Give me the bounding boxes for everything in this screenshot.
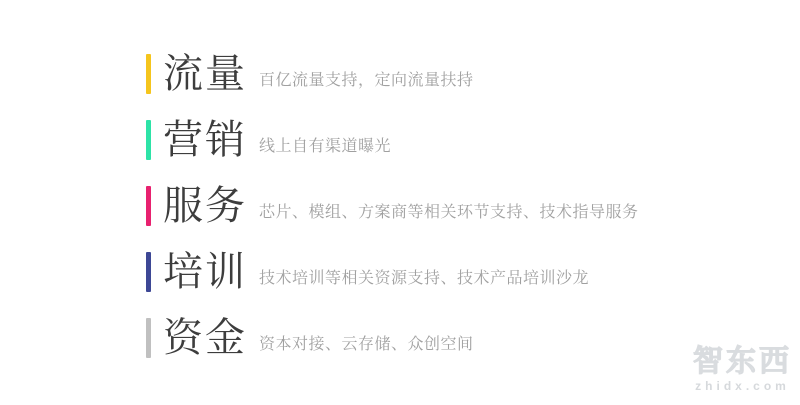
benefit-description: 百亿流量支持，定向流量扶持 bbox=[259, 71, 474, 91]
benefit-row: 资金 资本对接、云存储、众创空间 bbox=[146, 316, 639, 360]
benefit-title: 资金 bbox=[163, 316, 259, 360]
benefit-description: 技术培训等相关资源支持、技术产品培训沙龙 bbox=[259, 269, 589, 289]
benefit-list: 流量 百亿流量支持，定向流量扶持 营销 线上自有渠道曝光 服务 芯片、模组、方案… bbox=[146, 52, 639, 382]
benefit-title: 培训 bbox=[163, 250, 259, 294]
benefit-title: 服务 bbox=[163, 184, 259, 228]
benefit-title: 营销 bbox=[163, 118, 259, 162]
benefit-title: 流量 bbox=[163, 52, 259, 96]
page: 流量 百亿流量支持，定向流量扶持 营销 线上自有渠道曝光 服务 芯片、模组、方案… bbox=[0, 0, 800, 405]
zhidx-domain: zhidx.com bbox=[693, 379, 792, 393]
benefit-row: 流量 百亿流量支持，定向流量扶持 bbox=[146, 52, 639, 96]
accent-bar bbox=[146, 54, 151, 94]
benefit-row: 营销 线上自有渠道曝光 bbox=[146, 118, 639, 162]
accent-bar bbox=[146, 252, 151, 292]
accent-bar bbox=[146, 318, 151, 358]
zhidx-logo: 智东西 bbox=[693, 346, 792, 378]
benefit-description: 芯片、模组、方案商等相关环节支持、技术指导服务 bbox=[259, 203, 639, 223]
benefit-row: 服务 芯片、模组、方案商等相关环节支持、技术指导服务 bbox=[146, 184, 639, 228]
benefit-description: 线上自有渠道曝光 bbox=[259, 137, 391, 157]
accent-bar bbox=[146, 186, 151, 226]
benefit-description: 资本对接、云存储、众创空间 bbox=[259, 335, 474, 355]
accent-bar bbox=[146, 120, 151, 160]
benefit-row: 培训 技术培训等相关资源支持、技术产品培训沙龙 bbox=[146, 250, 639, 294]
watermark: 智东西 zhidx.com bbox=[693, 346, 792, 393]
